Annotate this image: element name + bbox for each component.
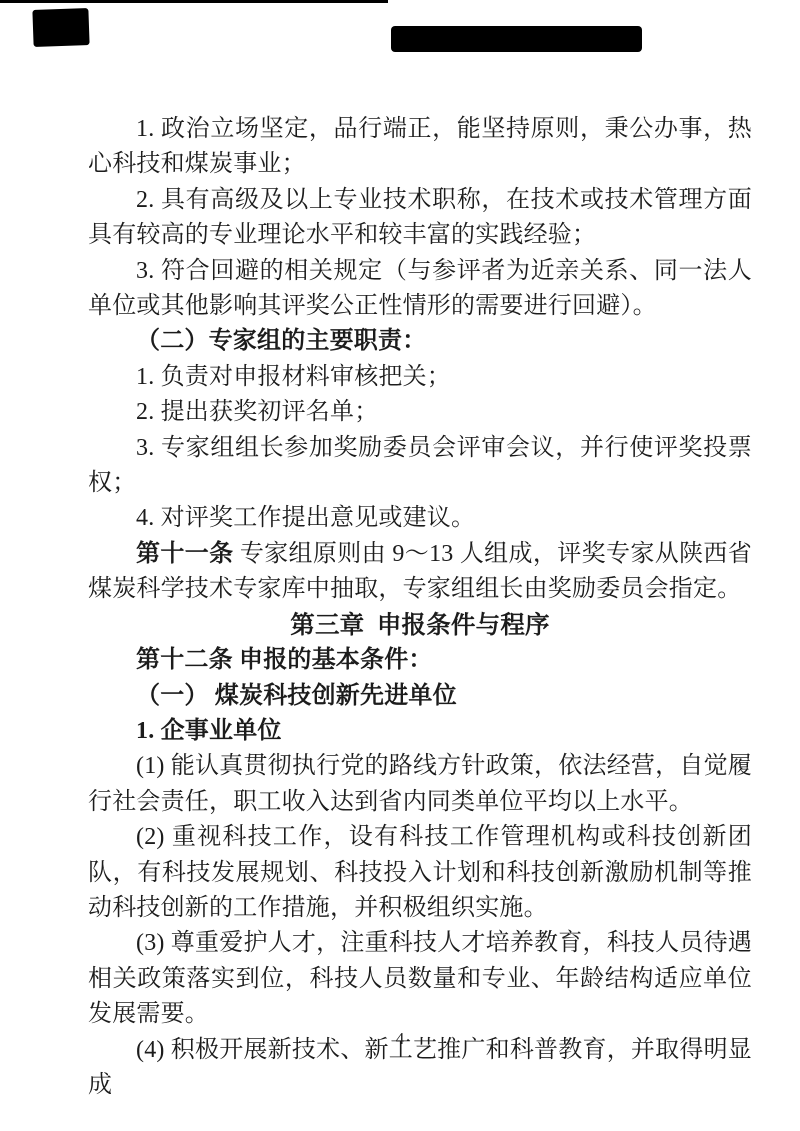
list-item: 2. 提出获奖初评名单；	[88, 395, 752, 430]
paragraph: 3. 符合回避的相关规定（与参评者为近亲关系、同一法人单位或其他影响其评奖公正性…	[88, 254, 752, 325]
paragraph: (3) 尊重爱护人才，注重科技人才培养教育，科技人员待遇相关政策落实到位，科技人…	[88, 926, 752, 1032]
article-heading: 第十二条 申报的基本条件：	[88, 643, 752, 678]
page-number: 4	[396, 1029, 405, 1048]
paragraph: (2) 重视科技工作，设有科技工作管理机构或科技创新团队，有科技发展规划、科技投…	[88, 820, 752, 926]
chapter-heading: 第三章 申报条件与程序	[88, 608, 752, 643]
list-item: 3. 专家组组长参加奖励委员会评审会议，并行使评奖投票权；	[88, 431, 752, 502]
paragraph: 2. 具有高级及以上专业技术职称，在技术或技术管理方面具有较高的专业理论水平和较…	[88, 183, 752, 254]
scan-edge-line	[0, 0, 388, 3]
item-heading: 1. 企事业单位	[88, 714, 752, 749]
redaction-mark-left	[32, 8, 89, 47]
article-number: 第十一条	[136, 541, 233, 567]
page-footer: 4	[0, 1028, 800, 1050]
document-page: 1. 政治立场坚定，品行端正，能坚持原则，秉公办事，热心科技和煤炭事业； 2. …	[0, 0, 800, 1131]
paragraph: 1. 政治立场坚定，品行端正，能坚持原则，秉公办事，热心科技和煤炭事业；	[88, 112, 752, 183]
section-subheading: （二）专家组的主要职责：	[88, 324, 752, 359]
list-item: 1. 负责对申报材料审核把关；	[88, 360, 752, 395]
document-body: 1. 政治立场坚定，品行端正，能坚持原则，秉公办事，热心科技和煤炭事业； 2. …	[88, 112, 752, 1103]
redaction-mark-center	[391, 26, 642, 52]
section-subheading: （一） 煤炭科技创新先进单位	[88, 679, 752, 714]
article-paragraph: 第十一条 专家组原则由 9～13 人组成，评奖专家从陕西省煤炭科学技术专家库中抽…	[88, 537, 752, 608]
paragraph: (1) 能认真贯彻执行党的路线方针政策，依法经营，自觉履行社会责任，职工收入达到…	[88, 749, 752, 820]
list-item: 4. 对评奖工作提出意见或建议。	[88, 501, 752, 536]
